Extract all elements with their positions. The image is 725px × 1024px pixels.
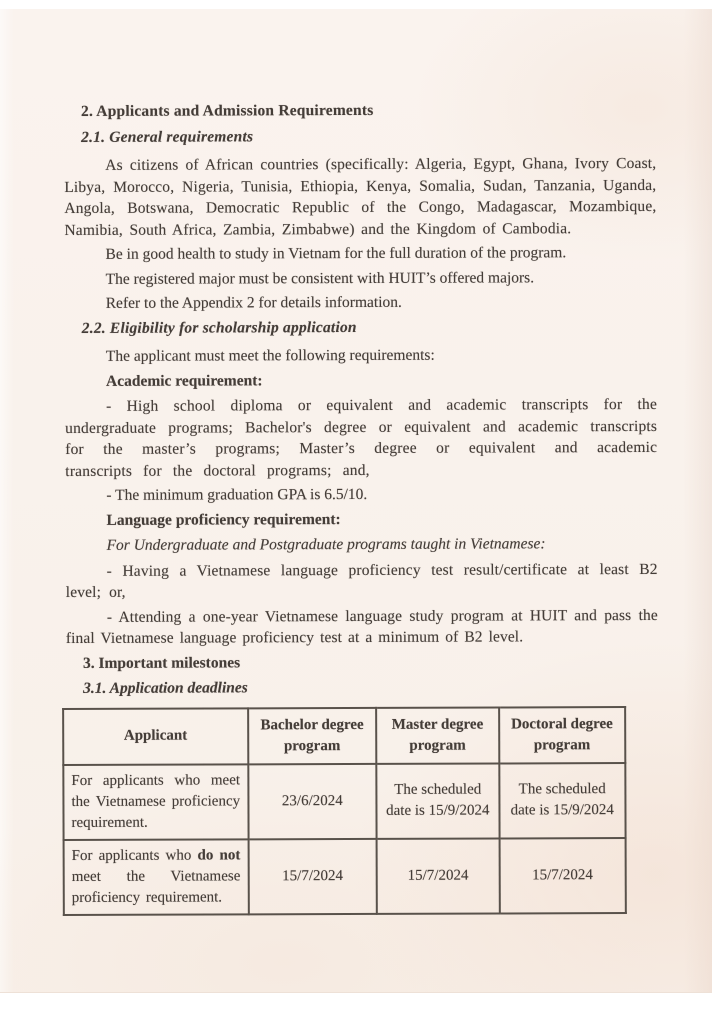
table-row-meet-proficiency: For applicants who meet the Vietnamese p…	[63, 763, 625, 840]
deadline-cell-doctoral: 15/7/2024	[499, 838, 626, 913]
academic-requirement-item: - High school diploma or equivalent and …	[65, 394, 657, 482]
deadline-cell-master: The scheduled date is 15/9/2024	[376, 763, 499, 838]
applicant-cell: For applicants who do not meet the Vietn…	[64, 839, 249, 915]
language-programs-note: For Undergraduate and Postgraduate progr…	[107, 533, 658, 556]
applicant-cell: For applicants who meet the Vietnamese p…	[63, 764, 248, 840]
scanned-paper-sheet: 2. Applicants and Admission Requirements…	[0, 9, 712, 993]
requirements-intro-line: The applicant must meet the following re…	[65, 344, 657, 368]
applicant-text: For applicants who meet the Vietnamese p…	[71, 772, 240, 831]
header-bachelor-program: Bachelor degree program	[248, 707, 377, 763]
document-content: 2. Applicants and Admission Requirements…	[64, 99, 659, 916]
health-requirement-line: Be in good health to study in Vietnam fo…	[64, 242, 656, 266]
table-header-row: Applicant Bachelor degree program Master…	[63, 707, 625, 765]
vietnamese-study-program-item: - Attending a one-year Vietnamese langua…	[66, 604, 658, 649]
section-2-1-heading: 2.1. General requirements	[81, 124, 656, 148]
gpa-requirement-line: - The minimum graduation GPA is 6.5/10.	[65, 483, 657, 507]
applicant-text: For applicants who	[72, 847, 198, 863]
applicant-text-post: meet the Vietnamese proficiency requirem…	[72, 868, 241, 906]
application-deadlines-table: Applicant Bachelor degree program Master…	[62, 706, 627, 916]
header-applicant: Applicant	[63, 708, 248, 765]
header-doctoral-program: Doctoral degree program	[499, 707, 626, 763]
language-requirement-label: Language proficiency requirement:	[106, 507, 657, 530]
vietnamese-certificate-item: - Having a Vietnamese language proficien…	[66, 558, 658, 603]
applicant-text-bold: do not	[197, 847, 240, 863]
deadline-cell-bachelor: 23/6/2024	[248, 763, 377, 838]
deadline-cell-doctoral: The scheduled date is 15/9/2024	[499, 763, 626, 838]
appendix-note-line: Refer to the Appendix 2 for details info…	[65, 291, 657, 315]
general-requirements-paragraph: As citizens of African countries (specif…	[64, 153, 656, 241]
table-row-not-meet-proficiency: For applicants who do not meet the Vietn…	[64, 838, 626, 915]
section-2-heading: 2. Applicants and Admission Requirements	[81, 99, 656, 123]
academic-requirement-label: Academic requirement:	[106, 368, 657, 391]
header-master-program: Master degree program	[376, 707, 499, 763]
major-requirement-line: The registered major must be consistent …	[65, 266, 657, 290]
deadline-cell-master: 15/7/2024	[377, 838, 500, 913]
deadline-cell-bachelor: 15/7/2024	[248, 838, 377, 913]
section-2-2-heading: 2.2. Eligibility for scholarship applica…	[82, 315, 657, 339]
section-3-heading: 3. Important milestones	[83, 650, 658, 674]
section-3-1-heading: 3.1. Application deadlines	[83, 676, 658, 700]
